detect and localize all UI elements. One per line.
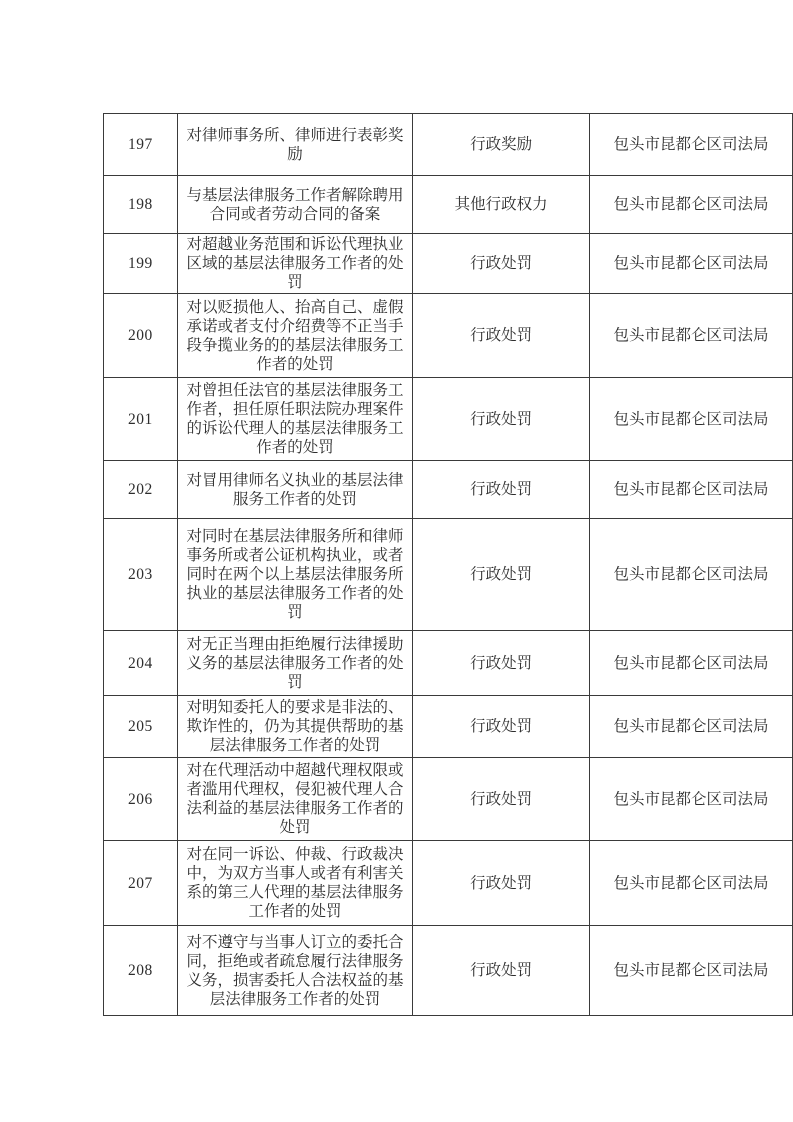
department-cell: 包头市昆都仑区司法局 — [590, 696, 793, 758]
row-number-cell: 202 — [104, 461, 178, 519]
power-item-cell: 对以贬损他人、抬高自己、虚假承诺或者支付介绍费等不正当手段争揽业务的的基层法律服… — [177, 294, 413, 378]
row-number-cell: 201 — [104, 378, 178, 461]
table-row: 204 对无正当理由拒绝履行法律援助义务的基层法律服务工作者的处罚 行政处罚 包… — [104, 631, 793, 696]
table-row: 198 与基层法律服务工作者解除聘用合同或者劳动合同的备案 其他行政权力 包头市… — [104, 176, 793, 234]
department-cell: 包头市昆都仑区司法局 — [590, 378, 793, 461]
table-row: 197 对律师事务所、律师进行表彰奖励 行政奖励 包头市昆都仑区司法局 — [104, 114, 793, 176]
power-type-cell: 行政处罚 — [413, 294, 590, 378]
row-number-cell: 203 — [104, 519, 178, 631]
table-row: 203 对同时在基层法律服务所和律师事务所或者公证机构执业，或者同时在两个以上基… — [104, 519, 793, 631]
row-number-cell: 200 — [104, 294, 178, 378]
department-cell: 包头市昆都仑区司法局 — [590, 631, 793, 696]
row-number-cell: 198 — [104, 176, 178, 234]
administrative-powers-table: 197 对律师事务所、律师进行表彰奖励 行政奖励 包头市昆都仑区司法局 198 … — [103, 113, 793, 1016]
row-number-cell: 206 — [104, 758, 178, 841]
department-cell: 包头市昆都仑区司法局 — [590, 114, 793, 176]
table-row: 200 对以贬损他人、抬高自己、虚假承诺或者支付介绍费等不正当手段争揽业务的的基… — [104, 294, 793, 378]
department-cell: 包头市昆都仑区司法局 — [590, 461, 793, 519]
row-number-cell: 199 — [104, 234, 178, 294]
row-number-cell: 197 — [104, 114, 178, 176]
department-cell: 包头市昆都仑区司法局 — [590, 294, 793, 378]
power-type-cell: 行政处罚 — [413, 841, 590, 926]
power-type-cell: 行政处罚 — [413, 926, 590, 1016]
power-item-cell: 对在同一诉讼、仲裁、行政裁决中，为双方当事人或者有利害关系的第三人代理的基层法律… — [177, 841, 413, 926]
table-row: 199 对超越业务范围和诉讼代理执业区域的基层法律服务工作者的处罚 行政处罚 包… — [104, 234, 793, 294]
power-type-cell: 行政处罚 — [413, 631, 590, 696]
power-item-cell: 对在代理活动中超越代理权限或者滥用代理权，侵犯被代理人合法利益的基层法律服务工作… — [177, 758, 413, 841]
power-type-cell: 行政奖励 — [413, 114, 590, 176]
power-item-cell: 对同时在基层法律服务所和律师事务所或者公证机构执业，或者同时在两个以上基层法律服… — [177, 519, 413, 631]
department-cell: 包头市昆都仑区司法局 — [590, 176, 793, 234]
power-item-cell: 对不遵守与当事人订立的委托合同，拒绝或者疏怠履行法律服务义务，损害委托人合法权益… — [177, 926, 413, 1016]
table-row: 208 对不遵守与当事人订立的委托合同，拒绝或者疏怠履行法律服务义务，损害委托人… — [104, 926, 793, 1016]
department-cell: 包头市昆都仑区司法局 — [590, 841, 793, 926]
power-type-cell: 行政处罚 — [413, 696, 590, 758]
power-item-cell: 对超越业务范围和诉讼代理执业区域的基层法律服务工作者的处罚 — [177, 234, 413, 294]
power-type-cell: 其他行政权力 — [413, 176, 590, 234]
table-row: 205 对明知委托人的要求是非法的、欺诈性的，仍为其提供帮助的基层法律服务工作者… — [104, 696, 793, 758]
table-row: 202 对冒用律师名义执业的基层法律服务工作者的处罚 行政处罚 包头市昆都仑区司… — [104, 461, 793, 519]
table-row: 201 对曾担任法官的基层法律服务工作者，担任原任职法院办理案件的诉讼代理人的基… — [104, 378, 793, 461]
document-page: 197 对律师事务所、律师进行表彰奖励 行政奖励 包头市昆都仑区司法局 198 … — [0, 0, 793, 1122]
row-number-cell: 207 — [104, 841, 178, 926]
department-cell: 包头市昆都仑区司法局 — [590, 758, 793, 841]
department-cell: 包头市昆都仑区司法局 — [590, 234, 793, 294]
department-cell: 包头市昆都仑区司法局 — [590, 519, 793, 631]
row-number-cell: 204 — [104, 631, 178, 696]
power-type-cell: 行政处罚 — [413, 519, 590, 631]
power-item-cell: 对律师事务所、律师进行表彰奖励 — [177, 114, 413, 176]
row-number-cell: 208 — [104, 926, 178, 1016]
power-type-cell: 行政处罚 — [413, 461, 590, 519]
power-item-cell: 对冒用律师名义执业的基层法律服务工作者的处罚 — [177, 461, 413, 519]
table-row: 206 对在代理活动中超越代理权限或者滥用代理权，侵犯被代理人合法利益的基层法律… — [104, 758, 793, 841]
power-type-cell: 行政处罚 — [413, 758, 590, 841]
power-item-cell: 对曾担任法官的基层法律服务工作者，担任原任职法院办理案件的诉讼代理人的基层法律服… — [177, 378, 413, 461]
table-row: 207 对在同一诉讼、仲裁、行政裁决中，为双方当事人或者有利害关系的第三人代理的… — [104, 841, 793, 926]
power-type-cell: 行政处罚 — [413, 234, 590, 294]
power-item-cell: 对明知委托人的要求是非法的、欺诈性的，仍为其提供帮助的基层法律服务工作者的处罚 — [177, 696, 413, 758]
power-item-cell: 对无正当理由拒绝履行法律援助义务的基层法律服务工作者的处罚 — [177, 631, 413, 696]
row-number-cell: 205 — [104, 696, 178, 758]
power-item-cell: 与基层法律服务工作者解除聘用合同或者劳动合同的备案 — [177, 176, 413, 234]
department-cell: 包头市昆都仑区司法局 — [590, 926, 793, 1016]
power-type-cell: 行政处罚 — [413, 378, 590, 461]
